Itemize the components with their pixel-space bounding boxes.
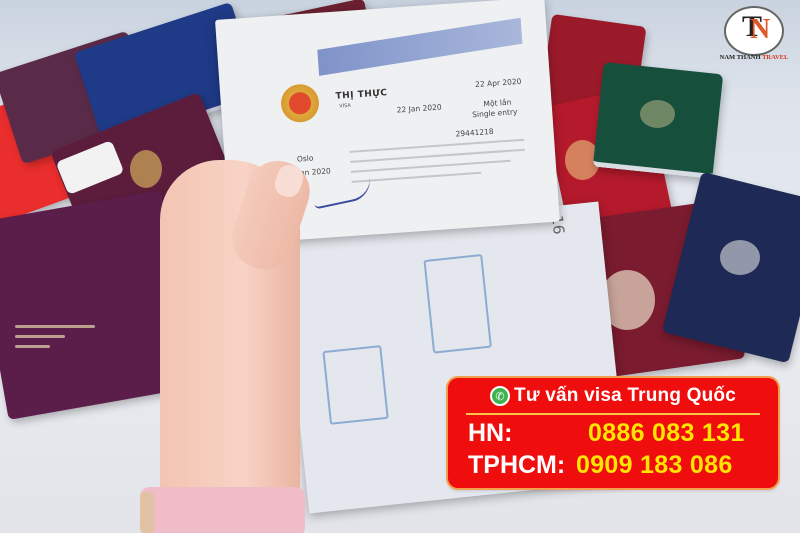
banner-divider: [466, 413, 760, 415]
visa-place: Oslo: [297, 153, 314, 163]
nam-thanh-travel-logo: T N NAM THANH TRAVEL: [712, 4, 794, 62]
crest: [130, 150, 162, 188]
entry-stamp: [322, 345, 388, 425]
visa-title: THỊ THỰC: [335, 88, 388, 102]
contact-phone[interactable]: 0886 083 131: [588, 419, 745, 448]
visa-header-band: [317, 18, 522, 76]
visa-entry-type-en: Single entry: [472, 107, 518, 119]
visa-subtitle: VISA: [339, 103, 351, 110]
visa-number: 29441218: [455, 127, 494, 139]
banner-header: ✆ Tư vấn visa Trung Quốc: [448, 383, 778, 409]
contact-phone[interactable]: 0909 183 086: [576, 451, 733, 480]
visa-issue-date: 22 Jan 2020: [396, 102, 441, 114]
logo-wordmark: NAM THANH TRAVEL: [712, 54, 796, 61]
banner-title: Tư vấn visa Trung Quốc: [514, 385, 736, 407]
crest: [720, 240, 760, 275]
visa-expiry-date: 22 Apr 2020: [475, 77, 522, 89]
contact-row-hn: HN: 0886 083 131: [468, 418, 764, 448]
watch-clasp: [140, 492, 154, 533]
phone-icon: ✆: [490, 386, 510, 406]
vietnam-emblem-icon: [280, 83, 321, 124]
contact-row-tphcm: TPHCM: 0909 183 086: [468, 450, 764, 480]
signature: [311, 176, 374, 210]
logo-brand-part2: TRAVEL: [762, 54, 788, 61]
logo-letter-n: N: [750, 16, 770, 44]
exit-stamp: [423, 254, 492, 354]
watch-band: [140, 487, 305, 533]
contact-city: HN:: [468, 419, 588, 448]
contact-banner: ✆ Tư vấn visa Trung Quốc HN: 0886 083 13…: [448, 378, 778, 488]
logo-brand-part1: NAM THANH: [720, 54, 761, 61]
contact-city: TPHCM:: [468, 451, 576, 480]
crest: [640, 100, 675, 128]
